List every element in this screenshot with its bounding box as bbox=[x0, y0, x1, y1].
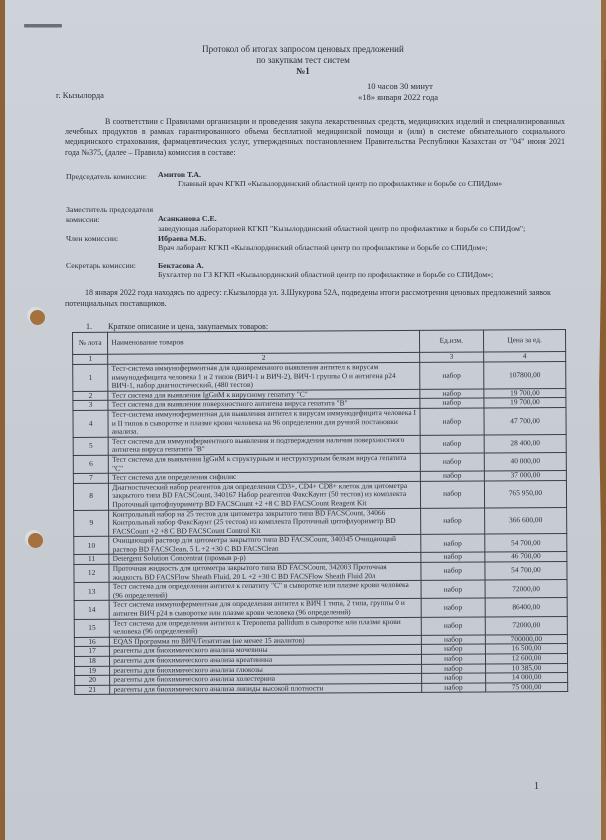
price-cell: 75 000,00 bbox=[486, 682, 568, 692]
header-price: Цена за ед. bbox=[483, 329, 565, 352]
lot-cell: 1 bbox=[73, 364, 108, 391]
unit-cell: набор bbox=[420, 552, 484, 562]
punch-hole bbox=[28, 533, 43, 548]
lot-cell: 8 bbox=[73, 483, 108, 510]
header-name: Наименование товаров bbox=[108, 330, 419, 354]
header-lot: № лота bbox=[73, 332, 108, 354]
price-cell: 107800,00 bbox=[484, 361, 566, 388]
name-cell: Очищающий раствор для цитометра закрытог… bbox=[109, 535, 420, 555]
unit-cell: набор bbox=[421, 598, 485, 617]
date: «18» января 2022 года bbox=[358, 92, 438, 102]
member-role: Секретарь комиссии: bbox=[66, 261, 156, 271]
lot-cell: 21 bbox=[75, 685, 110, 695]
table-row: 9Контрольный набор на 25 тестов для цито… bbox=[74, 507, 567, 537]
summary-text: 18 января 2022 года находясь по адресу: … bbox=[65, 288, 551, 308]
lot-cell: 7 bbox=[73, 473, 108, 483]
member-position: заведующая лабораторией КГКП "Кызылордин… bbox=[158, 224, 525, 234]
intro-paragraph: В соответствии с Правилами организации и… bbox=[65, 117, 565, 158]
document-number: №1 bbox=[0, 66, 606, 77]
unit-cell: набор bbox=[421, 562, 485, 581]
table-row: 4Тест-система иммуноферментная для выявл… bbox=[73, 407, 566, 437]
price-cell: 12 600,00 bbox=[485, 653, 567, 663]
name-cell: Тест система для выявления IgGиM к струк… bbox=[109, 453, 420, 473]
table-header-row: № лота Наименование товаров Ед.изм. Цена… bbox=[73, 329, 566, 354]
city: г. Кызылорда bbox=[56, 90, 104, 100]
member-role: Заместитель председателя комиссии: bbox=[66, 205, 156, 225]
unit-cell: набор bbox=[420, 453, 484, 472]
lot-cell: 5 bbox=[73, 437, 108, 455]
name-cell: Контрольный набор на 25 тестов для цитом… bbox=[109, 508, 421, 537]
member-name: Асанканова С.Е. bbox=[158, 214, 217, 224]
unit-cell: набор bbox=[421, 580, 485, 599]
member-role: Председатель комиссии: bbox=[66, 172, 156, 182]
unit-cell: набор bbox=[420, 534, 484, 553]
price-cell: 28 400,00 bbox=[484, 434, 566, 453]
section-title: Краткое описание и цена, закупаемых това… bbox=[108, 322, 268, 331]
name-cell: Тест система иммуноферментная для опреде… bbox=[109, 599, 420, 619]
lot-cell: 10 bbox=[74, 537, 109, 555]
unit-cell: набор bbox=[421, 683, 485, 693]
summary-paragraph: 18 января 2022 года находясь по адресу: … bbox=[65, 288, 565, 309]
member-position: Врач лаборант КГКП «Кызылординский облас… bbox=[158, 243, 487, 253]
table-row: 1Тест-система иммуноферментная для однов… bbox=[73, 361, 566, 391]
punch-hole bbox=[30, 310, 45, 325]
unit-cell: набор bbox=[420, 471, 484, 481]
unit-cell: набор bbox=[420, 398, 484, 408]
price-cell: 40 000,00 bbox=[484, 452, 566, 471]
price-cell: 54 700,00 bbox=[485, 562, 567, 581]
table-body: 1Тест-система иммуноферментная для однов… bbox=[73, 361, 568, 694]
member-role: Член комиссии: bbox=[66, 234, 156, 244]
unit-cell: набор bbox=[419, 362, 484, 389]
name-cell: реагенты для биохимического анализа липи… bbox=[110, 683, 421, 694]
name-cell: Тест система для определения антител к T… bbox=[110, 617, 421, 637]
section-number: 1. bbox=[86, 322, 108, 331]
unit-cell: набор bbox=[420, 507, 485, 534]
price-cell: 72000,00 bbox=[485, 580, 567, 599]
lot-cell: 14 bbox=[74, 601, 109, 619]
price-cell: 765 950,00 bbox=[484, 480, 566, 507]
staple-mark bbox=[24, 24, 62, 27]
unit-cell: набор bbox=[421, 673, 485, 683]
lot-cell: 3 bbox=[73, 401, 108, 411]
document-subtitle: по закупкам тест систем bbox=[0, 55, 606, 66]
lot-cell: 12 bbox=[74, 564, 109, 582]
lot-cell: 13 bbox=[74, 583, 109, 601]
page-number: 1 bbox=[534, 781, 539, 792]
price-cell: 86400,00 bbox=[485, 598, 567, 617]
lot-cell: 20 bbox=[75, 675, 110, 685]
lot-cell: 15 bbox=[74, 619, 109, 637]
document-title: Протокол об итогах запросом ценовых пред… bbox=[0, 44, 606, 55]
section-heading: 1.Краткое описание и цена, закупаемых то… bbox=[86, 322, 268, 331]
lot-cell: 4 bbox=[73, 410, 108, 437]
index-cell: 1 bbox=[73, 354, 108, 364]
price-cell: 72000,00 bbox=[485, 616, 567, 635]
index-cell: 3 bbox=[419, 352, 483, 362]
lot-cell: 18 bbox=[74, 656, 109, 666]
member-position: Главный врач КГКП «Кызылординский област… bbox=[178, 179, 502, 189]
index-cell: 4 bbox=[484, 351, 566, 362]
lot-cell: 6 bbox=[73, 455, 108, 473]
name-cell: Тест-система иммуноферментная для одновр… bbox=[108, 362, 420, 391]
lot-cell: 11 bbox=[74, 555, 109, 565]
price-cell: 19 700,00 bbox=[484, 398, 566, 408]
price-cell: 54 700,00 bbox=[485, 534, 567, 553]
header-unit: Ед.изм. bbox=[419, 330, 483, 352]
lot-cell: 9 bbox=[74, 510, 109, 537]
unit-cell: набор bbox=[421, 654, 485, 664]
table-row: 8Диагностический набор реагентов для опр… bbox=[73, 480, 566, 510]
name-cell: Диагностический набор реагентов для опре… bbox=[109, 481, 421, 510]
unit-cell: набор bbox=[420, 481, 485, 508]
name-cell: Тест-система иммуноферментная для выявле… bbox=[108, 408, 420, 437]
unit-cell: набор bbox=[420, 408, 485, 435]
price-cell: 37 000,00 bbox=[484, 471, 566, 481]
goods-table: № лота Наименование товаров Ед.изм. Цена… bbox=[72, 329, 568, 695]
price-cell: 46 700,00 bbox=[485, 552, 567, 562]
member-position: Бухгалтер по ГЗ КГКП «Кызылординский обл… bbox=[158, 270, 493, 280]
unit-cell: набор bbox=[420, 435, 484, 454]
time: 10 часов 30 минут bbox=[367, 81, 433, 91]
unit-cell: набор bbox=[421, 617, 485, 636]
intro-text: В соответствии с Правилами организации и… bbox=[65, 117, 565, 157]
price-cell: 366 600,00 bbox=[485, 507, 567, 534]
price-cell: 47 700,00 bbox=[484, 407, 566, 434]
